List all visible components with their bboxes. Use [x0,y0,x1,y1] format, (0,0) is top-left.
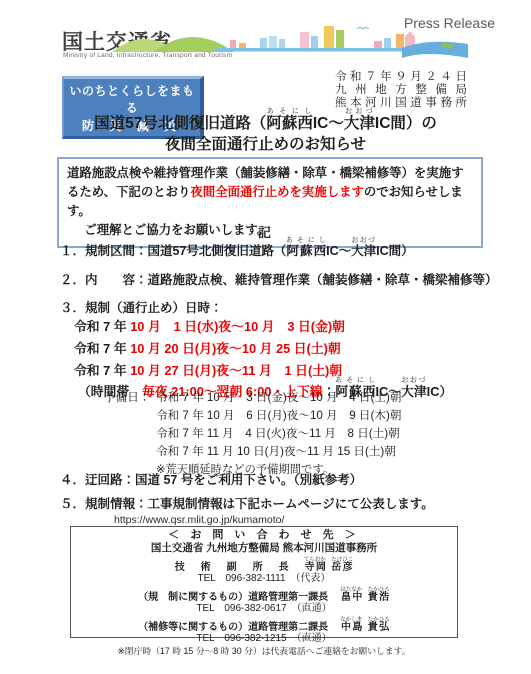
backup-row-2: 令和 7 年 10 月 6 日(月)夜～10 月 9 日(木)朝 [104,407,401,425]
skyline-illustration [112,22,468,60]
item-work-content: ２．内 容：道路施設点検、維持管理作業（舗装修繕・除草・橋梁補修等） [60,270,498,288]
contact-name-3: 中島 貴弘なかしま たかひろ [341,622,390,633]
press-release-page: Press Release 国土交通省 Ministry of Land, In… [0,0,531,674]
contact-row: （規 制に関するもの）道路管理第一課長 畠中 貴浩はたなか たかひろ [71,587,457,603]
backup-row-1: 予備日： 令和 7 年 10 月 3 日(金)夜～10 月 4 日(土)朝 [104,389,401,407]
contact-row: 技 術 副 所 長 寺岡 岳彦てらおか たけひこ [71,557,457,573]
backup-date-3: 令和 7 年 11 月 4 日(火)夜～11 月 8 日(土)朝 [156,425,400,443]
title-line2: 夜間全面通行止めのお知らせ [0,134,531,155]
issuer-block: 令和７年９月２４日 九州地方整備局 熊本河川国道事務所 [335,71,467,110]
issuer-bureau: 九州地方整備局 [335,84,467,97]
contact-role-1: 技 術 副 所 長 [175,562,292,573]
backup-row-3: 令和 7 年 11 月 4 日(火)夜～11 月 8 日(土)朝 [104,425,401,443]
backup-date-2: 令和 7 年 10 月 6 日(月)夜～10 月 9 日(木)朝 [156,407,401,425]
issue-date: 令和７年９月２４日 [335,71,467,84]
contact-role-3: （補修等に関するもの）道路管理第二課長 [138,622,328,633]
contact-name-2: 畠中 貴浩はたなか たかひろ [341,592,390,603]
notice-paragraph: 道路施設点検や維持管理作業（舗装修繕・除草・橋梁補修等）を実施するため、下記のと… [67,164,473,221]
ozu-ruby: 大津おおづ [401,384,427,399]
closure-date-2: 令和 7 年 10 月 20 日(月)夜～10 月 25 日(土)朝 [74,338,341,357]
ozu-ruby: 大津おおづ [344,115,375,132]
contact-name-1: 寺岡 岳彦てらおか たけひこ [304,562,353,573]
item-detour: ４．迂回路：国道 57 号をご利用下さい。（別紙参考） [60,470,362,488]
backup-date-1: 令和 7 年 10 月 3 日(金)夜～10 月 4 日(土)朝 [156,389,401,407]
contact-heading: ＜ お 問 い 合 わ せ 先 ＞ [71,529,457,542]
aso-nishi-ruby: 阿蘇西あ そ に し [266,115,313,132]
notice-red-text: 夜間全面通行止めを実施します [190,185,363,199]
contact-organization: 国土交通省 九州地方整備局 熊本河川国道事務所 [71,542,457,555]
document-title: 国道57号北側復旧道路（阿蘇西あ そ に しIC～大津おおづIC間）の 夜間全面… [0,108,531,155]
contact-row: （補修等に関するもの）道路管理第二課長 中島 貴弘なかしま たかひろ [71,617,457,633]
backup-dates-block: 予備日： 令和 7 年 10 月 3 日(金)夜～10 月 4 日(土)朝 令和… [104,389,401,479]
homepage-url-link[interactable]: https://www.qsr.mlit.go.jp/kumamoto/ [114,514,284,526]
contact-tel-2: TEL 096-382-0617 （直通） [71,603,457,615]
title-line1: 国道57号北側復旧道路（阿蘇西あ そ に しIC～大津おおづIC間）の [0,108,531,134]
contact-tel-1: TEL 096-382-1111 （代表） [71,573,457,585]
contact-role-2: （規 制に関するもの）道路管理第一課長 [138,592,328,603]
contact-tel-3: TEL 096-382-1215 （直通） [71,633,457,645]
contact-box: ＜ お 問 い 合 わ せ 先 ＞ 国土交通省 九州地方整備局 熊本河川国道事務… [70,526,458,638]
backup-date-4: 令和 7 年 11 月 10 日(月)夜～11 月 15 日(土)朝 [156,443,396,461]
aso-nishi-ruby: 阿蘇西あ そ に し [286,244,326,258]
contact-after-hours-note: ※閉庁時（17 時 15 分～8 時 30 分）は代表電話へご連絡をお願いします… [71,645,457,657]
backup-label: 予備日： [104,389,156,407]
ozu-ruby: 大津おおづ [351,244,376,258]
backup-row-4: 令和 7 年 11 月 10 日(月)夜～11 月 15 日(土)朝 [104,443,401,461]
closure-date-1: 令和 7 年 10 月 1 日(水)夜～10 月 3 日(金)朝 [74,316,345,335]
item-restricted-section: １．規制区間：国道57号北側復旧道路（阿蘇西あ そ に しIC～大津おおづIC間… [60,237,414,259]
item-closure-schedule: ３．規制（通行止め）日時： [60,298,223,316]
item-regulation-info: ５．規制情報：工事規制情報は下記ホームページにて公表します。 [60,494,434,512]
